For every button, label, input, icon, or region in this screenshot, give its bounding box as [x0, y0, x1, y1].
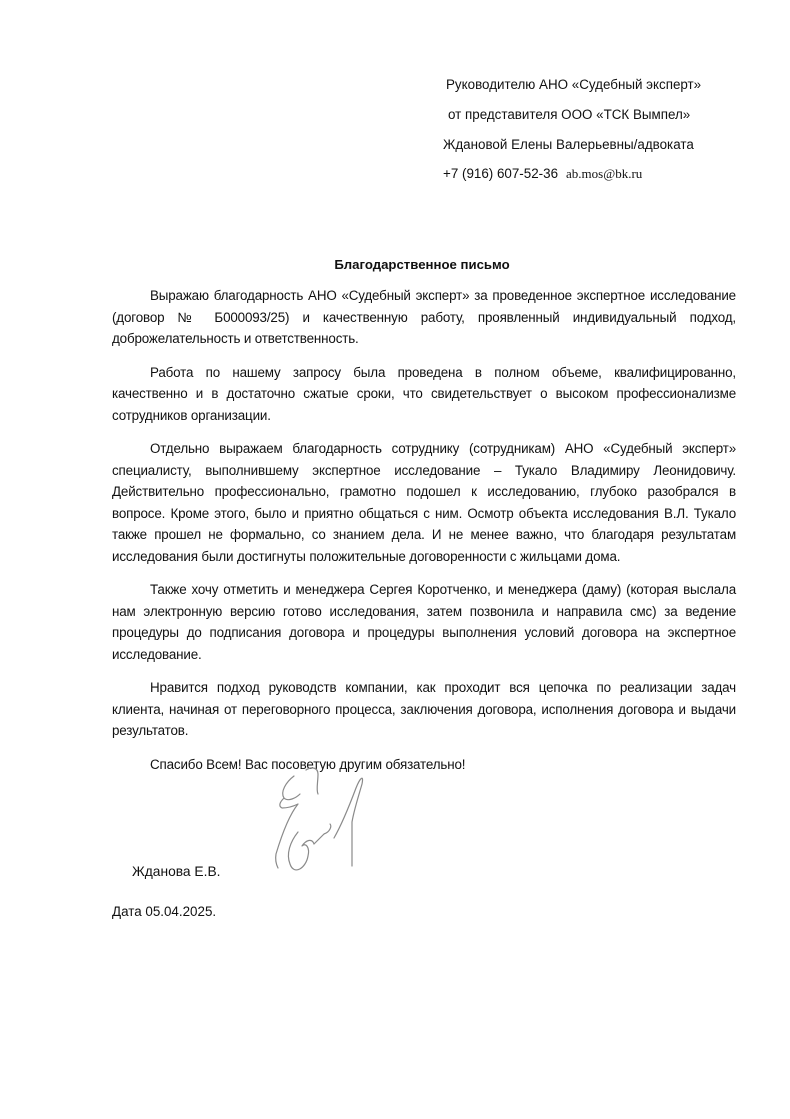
email-address: ab.mos@bk.ru — [566, 166, 642, 181]
addressee-sender-org: от представителя ООО «ТСК Вымпел» — [448, 107, 690, 122]
signer-name: Жданова Е.В. — [132, 864, 221, 879]
addressee-recipient: Руководителю АНО «Судебный эксперт» — [446, 77, 701, 92]
paragraph-thanks: Спасибо Всем! Вас посоветую другим обяза… — [112, 754, 736, 776]
paragraph-specialist: Отдельно выражаем благодарность сотрудни… — [112, 438, 736, 567]
addressee-sender-name: Ждановой Елены Валерьевны/адвоката — [443, 137, 694, 152]
handwritten-signature-icon — [272, 764, 382, 884]
phone-number: +7 (916) 607-52-36 — [443, 166, 558, 181]
paragraph-gratitude: Выражаю благодарность АНО «Судебный эксп… — [112, 285, 736, 350]
addressee-contacts: +7 (916) 607-52-36ab.mos@bk.ru — [443, 166, 642, 182]
paragraph-work-quality: Работа по нашему запросу была проведена … — [112, 362, 736, 427]
letter-title: Благодарственное письмо — [0, 257, 790, 272]
paragraph-managers: Также хочу отметить и менеджера Сергея К… — [112, 579, 736, 665]
letter-body: Выражаю благодарность АНО «Судебный эксп… — [112, 285, 736, 787]
letter-date: Дата 05.04.2025. — [112, 904, 216, 919]
paragraph-approach: Нравится подход руководств компании, как… — [112, 677, 736, 742]
